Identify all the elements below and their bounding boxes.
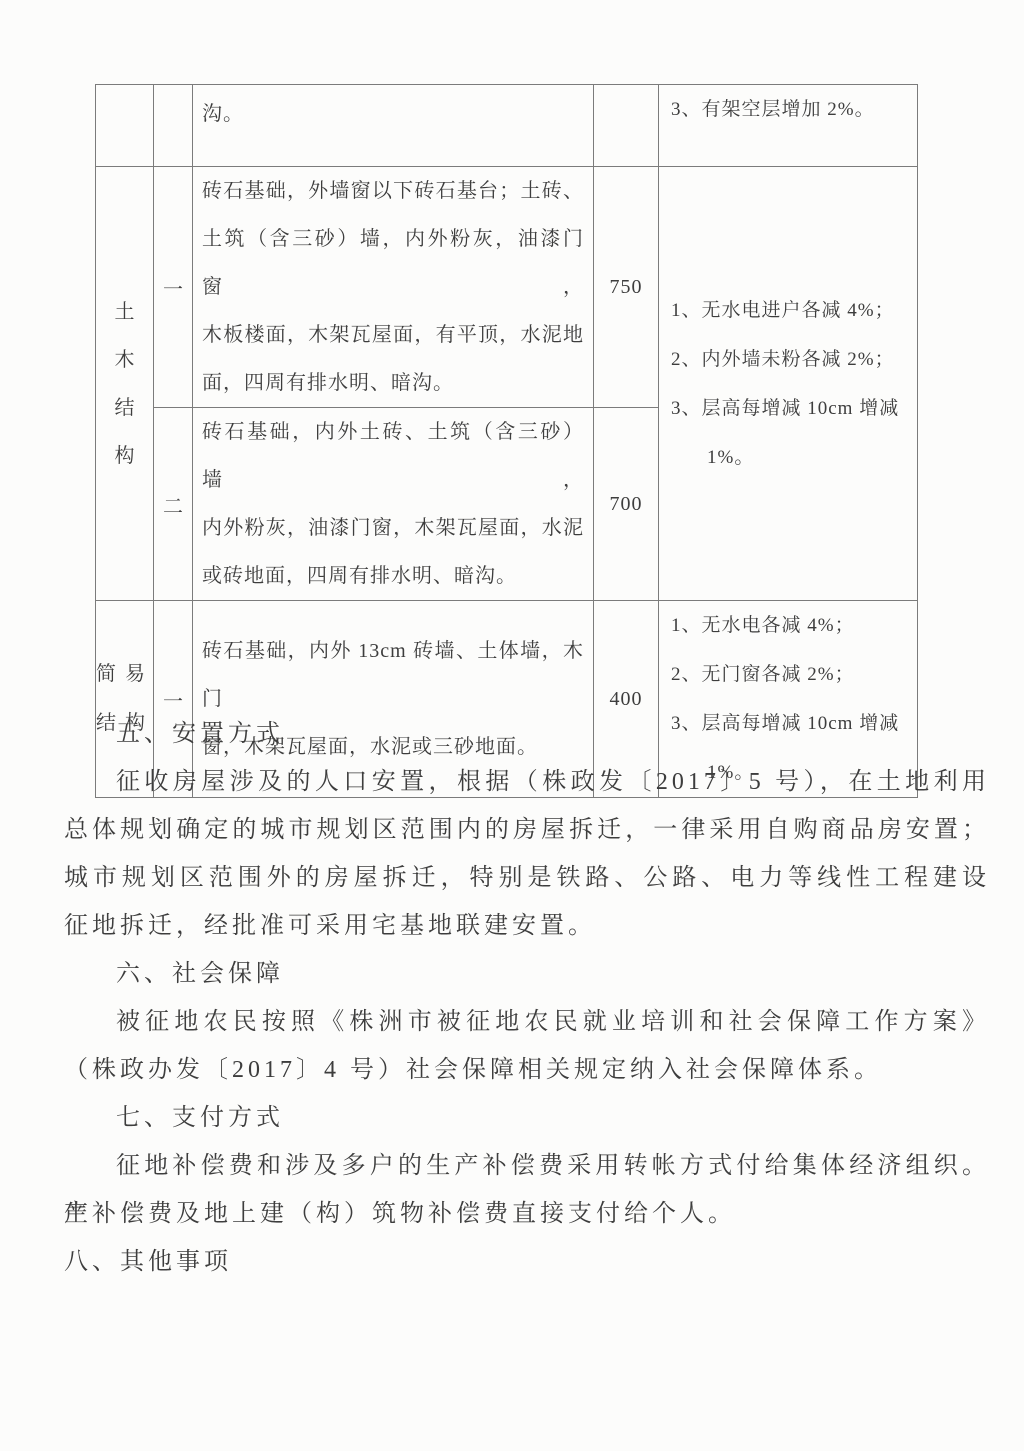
adjustment-notes-cell-earth-wood: 1、无水电进户各减 4%； 2、内外墙未粉各减 2%； 3、层高每增减 10cm… (659, 167, 918, 601)
description-line: 沟。 (202, 90, 584, 138)
description-cell-carryover: 沟。 (193, 85, 594, 167)
paragraph-line: 征收房屋涉及的人口安置，根据（株政发〔2017〕5 号），在土地利用 (64, 758, 990, 806)
paragraph-line: 征地拆迁，经批准可采用宅基地联建安置。 (64, 902, 990, 950)
description-line: 木板楼面，木架瓦屋面，有平顶，水泥地 (202, 311, 584, 359)
standard-value-cell: 700 (594, 408, 659, 601)
description-line: 砖石基础，内外土砖、土筑（含三砂）墙， (202, 408, 584, 504)
category-char: 木 (96, 336, 153, 384)
category-char: 结 (96, 384, 153, 432)
description-line: 或砖地面，四周有排水明、暗沟。 (202, 552, 584, 600)
description-line: 砖石基础，外墙窗以下砖石基台；土砖、 (202, 167, 584, 215)
table-row-earth-wood-grade1: 土 木 结 构 一 砖石基础，外墙窗以下砖石基台；土砖、 土筑（含三砂）墙，内外… (96, 167, 918, 408)
description-line: 面，四周有排水明、暗沟。 (202, 359, 584, 407)
section-heading-seven: 七、支付方式 (64, 1094, 990, 1142)
paragraph-line: 总体规划确定的城市规划区范围内的房屋拆迁，一律采用自购商品房安置； (64, 806, 990, 854)
paragraph-line: （株政办发〔2017〕4 号）社会保障相关规定纳入社会保障体系。 (64, 1046, 990, 1094)
description-line: 内外粉灰，油漆门窗，木架瓦屋面，水泥 (202, 504, 584, 552)
document-body: 五、安置方式 征收房屋涉及的人口安置，根据（株政发〔2017〕5 号），在土地利… (64, 710, 990, 1286)
building-compensation-table: 沟。 3、有架空层增加 2%。 土 木 结 构 一 砖石基础，外墙窗以下砖石基台… (95, 84, 918, 798)
description-cell: 砖石基础，外墙窗以下砖石基台；土砖、 土筑（含三砂）墙，内外粉灰，油漆门窗， 木… (193, 167, 594, 408)
category-char: 构 (96, 432, 153, 480)
description-line: 土筑（含三砂）墙，内外粉灰，油漆门窗， (202, 215, 584, 311)
description-line: 砖石基础，内外 13cm 砖墙、土体墙，木门 (202, 627, 584, 723)
paragraph-line: 产补偿费及地上建（构）筑物补偿费直接支付给个人。 (64, 1190, 990, 1238)
standard-value-cell: 750 (594, 167, 659, 408)
grade-cell: 二 (154, 408, 193, 601)
note-line: 2、无门窗各减 2%； (671, 650, 911, 699)
paragraph-line: 征地补偿费和涉及多户的生产补偿费采用转帐方式付给集体经济组织。生 (64, 1142, 990, 1190)
section-heading-five: 五、安置方式 (64, 710, 990, 758)
note-line: 2、内外墙未粉各减 2%； (671, 335, 911, 384)
note-line: 3、有架空层增加 2%。 (671, 85, 911, 134)
paragraph-line: 被征地农民按照《株洲市被征地农民就业培训和社会保障工作方案》 (64, 998, 990, 1046)
description-cell: 砖石基础，内外土砖、土筑（含三砂）墙， 内外粉灰，油漆门窗，木架瓦屋面，水泥 或… (193, 408, 594, 601)
value-cell-empty (594, 85, 659, 167)
grade-cell: 一 (154, 167, 193, 408)
scanned-document-page: 沟。 3、有架空层增加 2%。 土 木 结 构 一 砖石基础，外墙窗以下砖石基台… (0, 0, 1024, 1451)
note-line: 1、无水电进户各减 4%； (671, 286, 911, 335)
note-line-continuation: 1%。 (671, 433, 911, 482)
note-line: 3、层高每增减 10cm 增减 (671, 384, 911, 433)
paragraph-line: 城市规划区范围外的房屋拆迁，特别是铁路、公路、电力等线性工程建设 (64, 854, 990, 902)
category-cell-empty (96, 85, 154, 167)
grade-cell-empty (154, 85, 193, 167)
category-cell-earth-wood: 土 木 结 构 (96, 167, 154, 601)
notes-cell-carryover: 3、有架空层增加 2%。 (659, 85, 918, 167)
table-row-carryover: 沟。 3、有架空层增加 2%。 (96, 85, 918, 167)
section-heading-six: 六、社会保障 (64, 950, 990, 998)
section-heading-eight: 八、其他事项 (64, 1238, 990, 1286)
category-line: 简易 (96, 650, 153, 699)
category-char: 土 (96, 288, 153, 336)
note-line: 1、无水电各减 4%； (671, 601, 911, 650)
